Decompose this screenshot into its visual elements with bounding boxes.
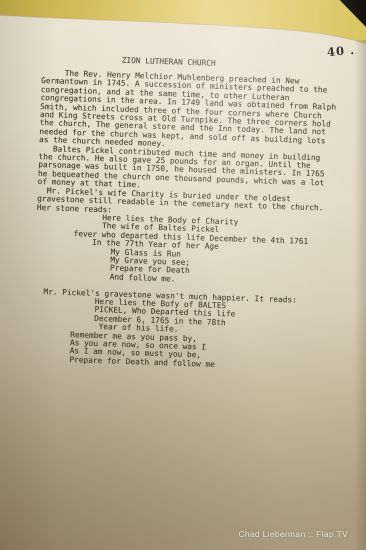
photo: ZION LUTHERAN CHURCH The Rev. Henry Melc… (0, 0, 366, 550)
typed-document: ZION LUTHERAN CHURCH The Rev. Henry Melc… (32, 53, 354, 373)
paper-right-edge-shadow (354, 40, 366, 550)
watermark: Chad Lieberman :: Flap.TV (238, 529, 348, 539)
page-number-annotation: 40 . (326, 43, 355, 59)
typed-text: The Rev. Henry Melchior Muhlenberg preac… (32, 69, 354, 373)
